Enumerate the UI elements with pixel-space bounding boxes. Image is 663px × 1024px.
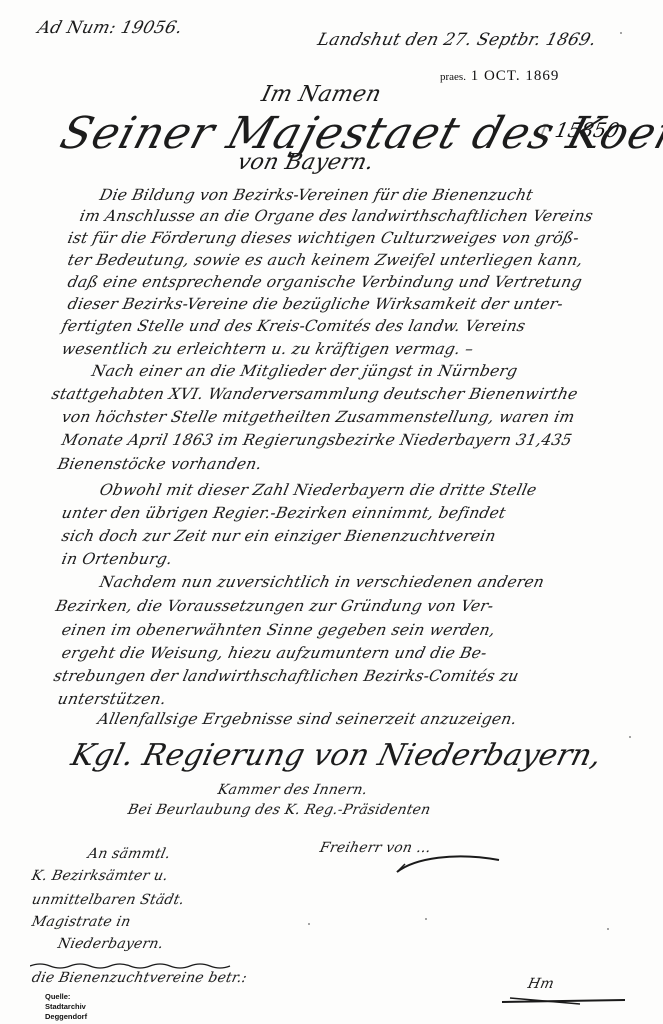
body-line: unterstützen. xyxy=(56,690,168,708)
paper-speck xyxy=(425,918,427,920)
clerk-initials: Hm xyxy=(526,976,555,992)
body-line: Allenfallsige Ergebnisse sind seinerzeit… xyxy=(96,710,519,728)
body-line: Nachdem nun zuversichtlich in verschiede… xyxy=(98,573,546,591)
invocation-line-1: Im Namen xyxy=(259,82,384,107)
body-line: sich doch zur Zeit nur ein einziger Bien… xyxy=(60,527,497,545)
body-line: wesentlich zu erleichtern u. zu kräftige… xyxy=(60,340,475,358)
received-stamp-date: 1 OCT. 1869 xyxy=(471,68,560,84)
addressee-line: Magistrate in xyxy=(30,914,132,930)
body-line: Bezirken, die Voraussetzungen zur Gründu… xyxy=(54,597,495,615)
paper-speck xyxy=(308,923,310,925)
body-line: in Ortenburg. xyxy=(60,550,174,568)
body-line: Die Bildung von Bezirks-Vereinen für die… xyxy=(98,186,535,204)
paper-speck xyxy=(629,736,631,738)
received-stamp: praes. 1 OCT. 1869 xyxy=(440,68,559,85)
body-line: unter den übrigen Regier.-Bezirken einni… xyxy=(60,504,507,522)
addressee-line: Niederbayern. xyxy=(56,936,165,952)
body-line: von höchster Stelle mitgetheilten Zusamm… xyxy=(60,408,576,426)
subject-line: die Bienenzuchtvereine betr.: xyxy=(30,970,248,986)
issuing-authority: Kgl. Regierung von Niederbayern, xyxy=(68,738,606,773)
invocation-line-3: von Bayern. xyxy=(235,150,377,175)
addressee-line: K. Bezirksämter u. xyxy=(30,868,169,884)
separator-wavy-line xyxy=(30,961,235,969)
on-behalf-line: Bei Beurlaubung des K. Reg.-Präsidenten xyxy=(126,802,432,818)
body-line: ergeht die Weisung, hiezu aufzumuntern u… xyxy=(60,644,488,662)
received-stamp-prefix: praes. xyxy=(440,71,466,83)
body-line: Obwohl mit dieser Zahl Niederbayern die … xyxy=(98,481,538,499)
body-line: einen im obenerwähnten Sinne gegeben sei… xyxy=(60,621,497,639)
source-note: Quelle: Stadtarchiv Deggendorf xyxy=(45,992,87,1022)
initials-flourish xyxy=(500,992,630,1008)
addressee-line: An sämmtl. xyxy=(86,846,172,862)
addressee-line: unmittelbaren Städt. xyxy=(30,892,186,908)
paper-speck xyxy=(607,928,609,930)
paper-speck xyxy=(620,32,622,34)
body-line: ist für die Förderung dieses wichtigen C… xyxy=(66,229,581,247)
body-line: ter Bedeutung, sowie es auch keinem Zwei… xyxy=(66,251,585,269)
body-line: im Anschlusse an die Organe des landwirt… xyxy=(78,207,595,225)
source-label: Quelle: xyxy=(45,992,87,1002)
document-page: Ad Num: 19056. Landshut den 27. Septbr. … xyxy=(0,0,663,1024)
file-reference: Ad Num: 19056. xyxy=(36,18,185,38)
issuing-chamber: Kammer des Innern. xyxy=(216,782,369,798)
body-line: fertigten Stelle und des Kreis-Comités d… xyxy=(60,317,527,335)
body-line: Nach einer an die Mitglieder der jüngst … xyxy=(90,362,519,380)
body-line: daß eine entsprechende organische Verbin… xyxy=(66,273,584,291)
signature-flourish xyxy=(395,848,505,878)
body-line: stattgehabten XVI. Wanderversammlung deu… xyxy=(50,385,579,403)
body-line: dieser Bezirks-Vereine die bezügliche Wi… xyxy=(66,295,565,313)
source-archive-line-2: Deggendorf xyxy=(45,1012,87,1022)
source-archive-line-1: Stadtarchiv xyxy=(45,1002,87,1012)
body-line: Bienenstöcke vorhanden. xyxy=(56,455,263,473)
body-line: Monate April 1863 im Regierungsbezirke N… xyxy=(60,431,574,449)
body-line: strebungen der landwirthschaftlichen Bez… xyxy=(52,667,520,685)
place-date: Landshut den 27. Septbr. 1869. xyxy=(316,30,599,50)
